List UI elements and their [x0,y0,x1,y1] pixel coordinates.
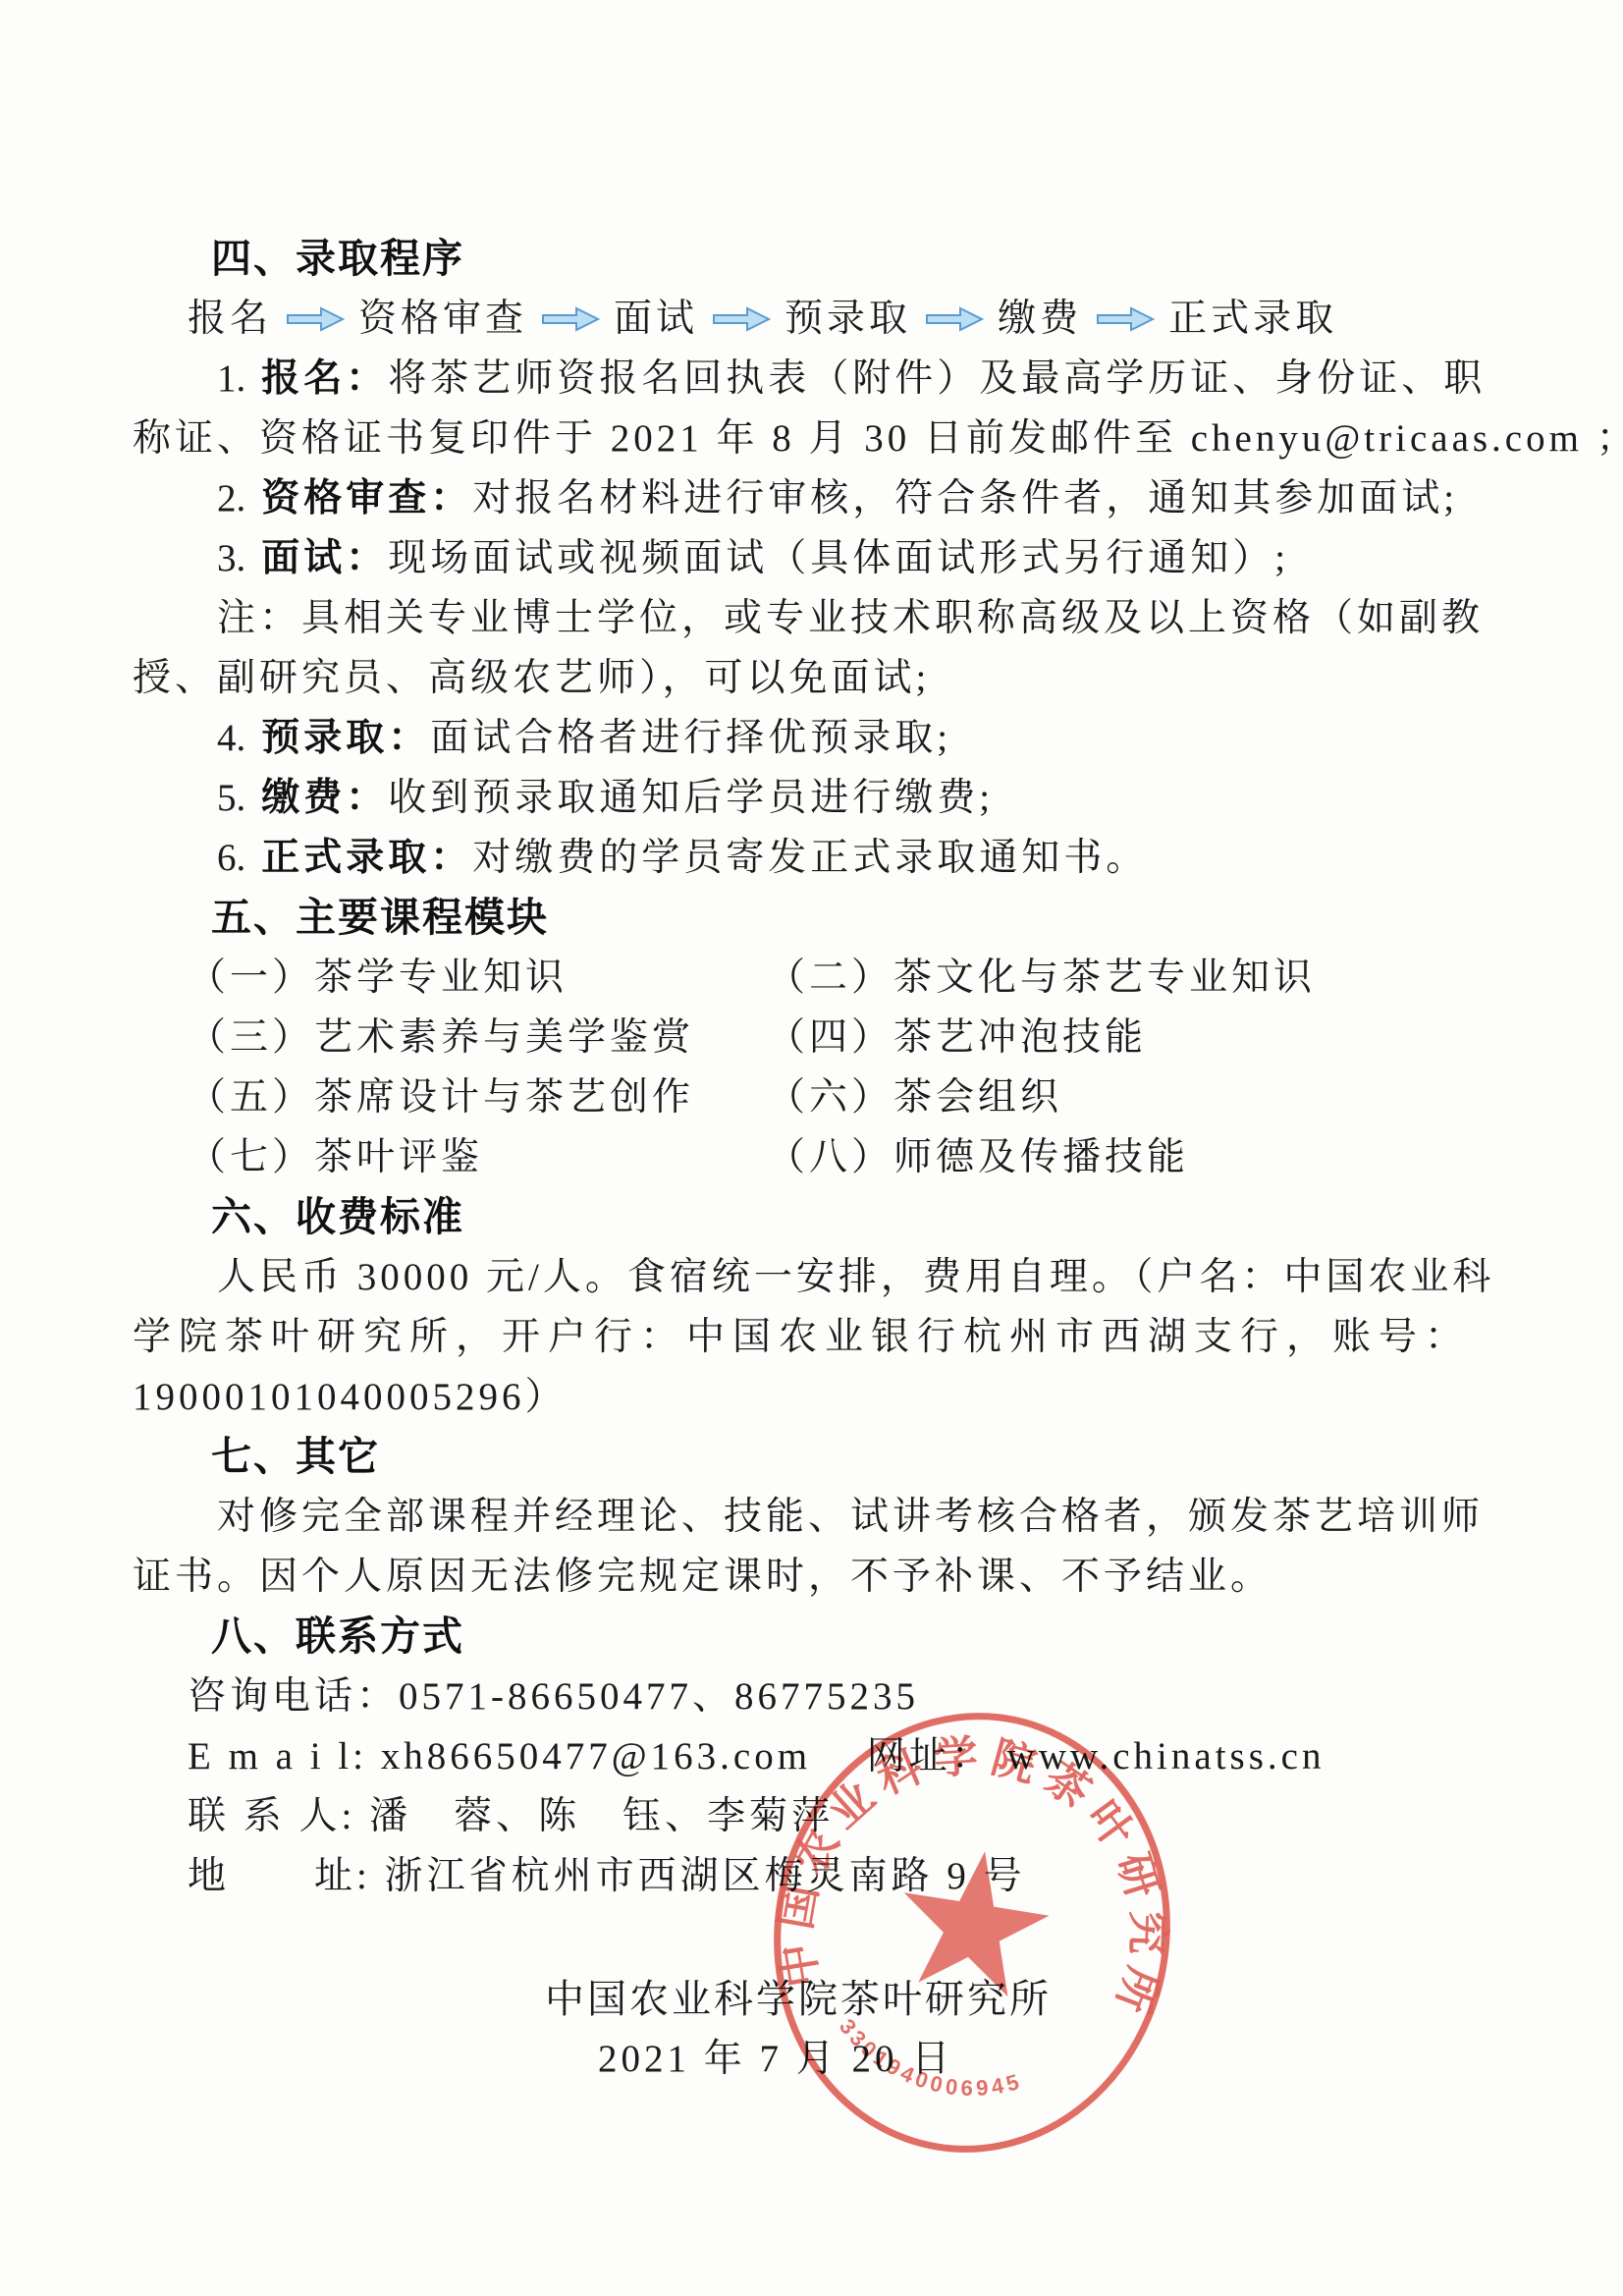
item-number: 3. [217,528,245,588]
item-number: 5. [217,768,245,828]
section-6-heading: 六、收费标准 [133,1187,1491,1247]
fee-line-2: 学院茶叶研究所，开户行：中国农业银行杭州市西湖支行，账号： [133,1307,1491,1367]
item-label: 正式录取： [261,837,472,879]
fee-line-1: 人民币 30000 元/人。食宿统一安排，费用自理。（户名：中国农业科 [133,1247,1491,1307]
item-2: 2.资格审查：对报名材料进行审核，符合条件者，通知其参加面试; [133,468,1491,528]
course-item: （七）茶叶评鉴 [188,1127,767,1187]
course-item: （一）茶学专业知识 [188,948,767,1008]
item-5: 5.缴费：收到预录取通知后学员进行缴费; [133,768,1491,828]
admission-flowchart: 报名 资格审查 面试 预录取 缴费 正式录取 [133,289,1491,349]
item-text: 对报名材料进行审核，符合条件者，通知其参加面试; [472,477,1458,519]
flow-step-preadmit: 预录取 [784,289,911,349]
item-number: 1. [217,349,245,409]
flow-arrow-icon [541,305,600,333]
section-7-heading: 七、其它 [133,1427,1491,1487]
seal-code: 3301940006945 [827,2012,1033,2111]
flow-step-pay: 缴费 [998,289,1082,349]
note-line-1: 注：具相关专业博士学位，或专业技术职称高级及以上资格（如副教 [133,588,1491,648]
item-1-line-2: 称证、资格证书复印件于 2021 年 8 月 30 日前发邮件至 chenyu@… [133,409,1491,468]
item-text: 收到预录取通知后学员进行缴费; [388,777,994,819]
course-row: （五）茶席设计与茶艺创作 （六）茶会组织 [133,1067,1491,1127]
fee-line-3: 19000101040005296） [133,1367,1491,1427]
item-number: 4. [217,708,245,768]
official-seal-graphic: 中国农业科学院茶叶研究所 3301940006945 [730,1675,1213,2191]
flow-step-apply: 报名 [188,289,272,349]
flow-step-admit: 正式录取 [1168,289,1337,349]
course-row: （七）茶叶评鉴 （八）师德及传播技能 [133,1127,1491,1187]
course-item: （二）茶文化与茶艺专业知识 [767,948,1491,1008]
course-item: （三）艺术素养与美学鉴赏 [188,1008,767,1067]
item-3: 3.面试：现场面试或视频面试（具体面试形式另行通知）; [133,528,1491,588]
official-seal: 中国农业科学院茶叶研究所 3301940006945 [730,1675,1213,2191]
note-line-2: 授、副研究员、高级农艺师），可以免面试; [133,648,1491,708]
course-row: （三）艺术素养与美学鉴赏 （四）茶艺冲泡技能 [133,1008,1491,1067]
item-number: 2. [217,468,245,528]
section-5-heading: 五、主要课程模块 [133,888,1491,948]
flow-step-interview: 面试 [614,289,698,349]
item-text: 现场面试或视频面试（具体面试形式另行通知）; [388,537,1289,579]
document-page: 四、录取程序 报名 资格审查 面试 预录取 缴费 正式录取 1.报名：将茶艺师资… [0,0,1623,2296]
other-line-2: 证书。因个人原因无法修完规定课时，不予补课、不予结业。 [133,1547,1491,1607]
course-item: （四）茶艺冲泡技能 [767,1008,1491,1067]
course-item: （五）茶席设计与茶艺创作 [188,1067,767,1127]
item-6: 6.正式录取：对缴费的学员寄发正式录取通知书。 [133,828,1491,888]
item-number: 6. [217,828,245,888]
flow-arrow-icon [286,305,345,333]
item-4: 4.预录取：面试合格者进行择优预录取; [133,708,1491,768]
section-4-heading: 四、录取程序 [133,229,1491,289]
item-label: 资格审查： [261,477,472,519]
course-row: （一）茶学专业知识 （二）茶文化与茶艺专业知识 [133,948,1491,1008]
item-text: 对缴费的学员寄发正式录取通知书。 [472,837,1148,879]
item-text: 将茶艺师资报名回执表（附件）及最高学历证、身份证、职 [388,357,1486,400]
flow-step-review: 资格审查 [358,289,527,349]
other-line-1: 对修完全部课程并经理论、技能、试讲考核合格者，颁发茶艺培训师 [133,1487,1491,1547]
course-item: （八）师德及传播技能 [767,1127,1491,1187]
item-label: 报名： [261,357,388,400]
item-label: 预录取： [261,717,430,759]
flow-arrow-icon [712,305,771,333]
item-1-line-1: 1.报名：将茶艺师资报名回执表（附件）及最高学历证、身份证、职 [133,349,1491,409]
item-label: 缴费： [261,777,388,819]
course-item: （六）茶会组织 [767,1067,1491,1127]
item-text: 面试合格者进行择优预录取; [430,717,951,759]
flow-arrow-icon [925,305,984,333]
item-label: 面试： [261,537,388,579]
section-8-heading: 八、联系方式 [133,1607,1491,1667]
flow-arrow-icon [1096,305,1155,333]
seal-star-icon [891,1840,1057,2001]
